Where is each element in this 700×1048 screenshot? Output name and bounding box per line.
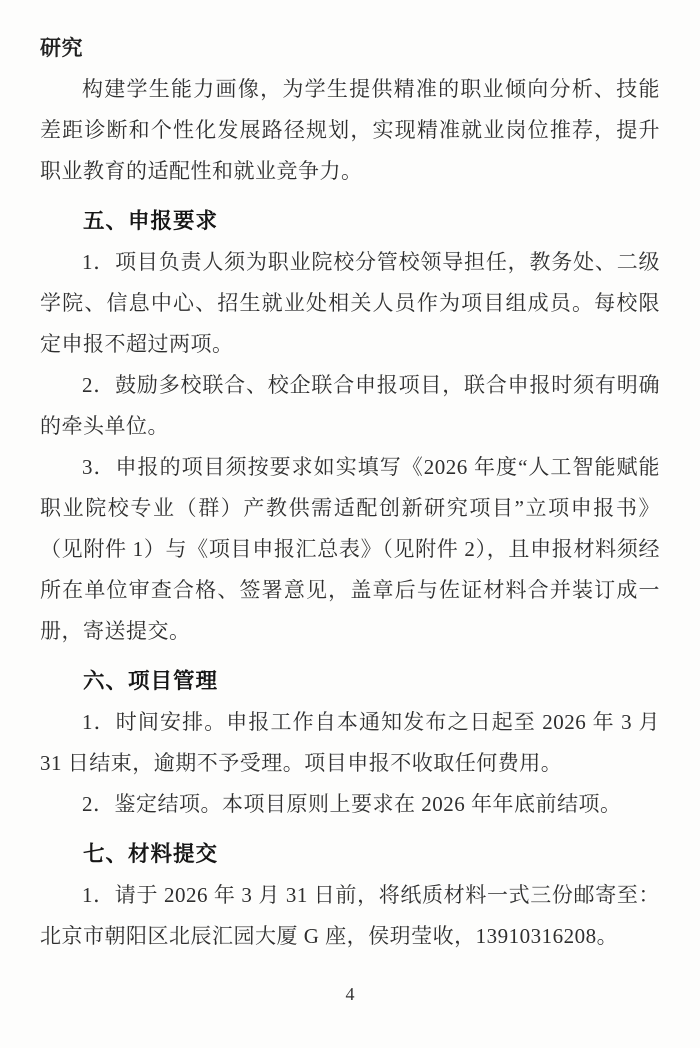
page-number: 4 (0, 980, 700, 1008)
page-content: 研究 构建学生能力画像，为学生提供精准的职业倾向分析、技能差距诊断和个性化发展路… (40, 28, 660, 957)
section-paragraph: 1．项目负责人须为职业院校分管校领导担任，教务处、二级学院、信息中心、招生就业处… (40, 242, 660, 365)
section-heading-project-management: 六、项目管理 (40, 661, 660, 702)
intro-paragraph: 构建学生能力画像，为学生提供精准的职业倾向分析、技能差距诊断和个性化发展路径规划… (40, 69, 660, 192)
section-paragraph: 1．时间安排。申报工作自本通知发布之日起至 2026 年 3 月 31 日结束，… (40, 702, 660, 784)
section-heading-material-submission: 七、材料提交 (40, 834, 660, 875)
document-page: 研究 构建学生能力画像，为学生提供精准的职业倾向分析、技能差距诊断和个性化发展路… (0, 0, 700, 1048)
section-paragraph: 2．鼓励多校联合、校企联合申报项目，联合申报时须有明确的牵头单位。 (40, 365, 660, 447)
section-paragraph: 3．申报的项目须按要求如实填写《2026 年度“人工智能赋能职业院校专业（群）产… (40, 447, 660, 652)
section-paragraph: 1．请于 2026 年 3 月 31 日前，将纸质材料一式三份邮寄至：北京市朝阳… (40, 875, 660, 957)
section-paragraph: 2．鉴定结项。本项目原则上要求在 2026 年年底前结项。 (40, 784, 660, 825)
carryover-heading-fragment: 研究 (40, 28, 660, 69)
section-heading-application-requirements: 五、申报要求 (40, 201, 660, 242)
